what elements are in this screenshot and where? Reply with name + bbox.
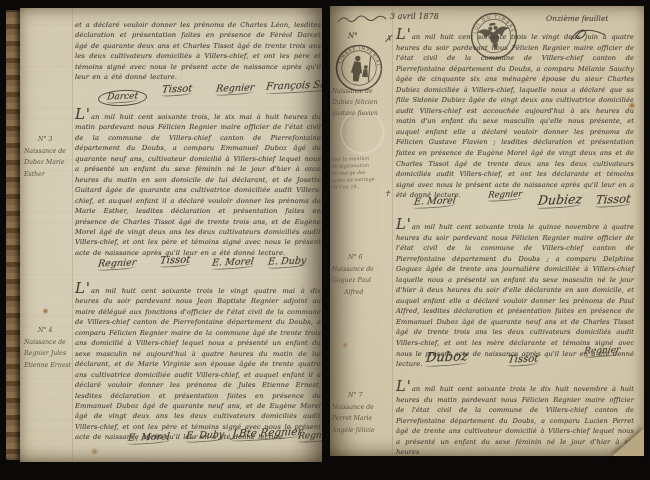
margin-note-birth-duboz: N° 3 Naissance de Duboz Marie Esther	[24, 134, 74, 180]
paper-stain	[628, 102, 636, 109]
signature: Tissot	[159, 254, 191, 267]
numero-annotation: N°	[348, 32, 358, 40]
signature: Regnier	[215, 82, 255, 95]
margin-note-line: Goguez Paul	[332, 275, 390, 287]
margin-note-legitimation: Voir la mention de légitimation en marge…	[331, 155, 390, 199]
handwritten-flourish	[336, 14, 388, 26]
signature: Tissot	[161, 83, 193, 96]
margin-note-line: gustave flavien	[332, 108, 390, 119]
act-text-birth-perret: L'an mil huit cent soixante trois le dix…	[396, 384, 634, 456]
margin-note-birth-goguez: N° 6 Naissance de Goguez Paul Alfred	[332, 252, 390, 298]
margin-note-line: Esther	[24, 169, 74, 181]
signature: E. Duby	[185, 429, 225, 442]
act-number: N° 6	[332, 252, 390, 264]
signature: François Songeon	[265, 78, 322, 93]
book-binding-edge	[6, 10, 21, 460]
signature: Regnier	[583, 345, 621, 357]
act-text-birth-duboz: L'an mil huit cent soixante trois, le si…	[75, 111, 321, 258]
signature: Dubiez	[537, 191, 583, 209]
act-number: N° 7	[332, 390, 390, 402]
signature: Tissot	[507, 353, 539, 366]
margin-note-line: Naissance de	[24, 146, 74, 158]
signature: E. Morel	[413, 195, 456, 209]
margin-rule	[72, 8, 73, 462]
signature: E. Morel	[211, 256, 254, 270]
left-page: et a déclaré vouloir donner les prénoms …	[20, 8, 322, 462]
margin-note-line: Naissance de	[332, 402, 390, 414]
paper-stain	[342, 342, 348, 348]
act-text-birth-dubiez: L'an mil huit cent soixante trois le vin…	[396, 32, 634, 201]
act-number: N° 4	[24, 325, 76, 337]
margin-rule	[392, 6, 393, 456]
margin-note-line: Dubiez félicien	[332, 97, 390, 108]
signature: Regnier	[297, 430, 322, 442]
scanned-register-page: et a déclaré vouloir donner les prénoms …	[0, 0, 650, 480]
margin-note-line: Regnier Jules	[24, 348, 76, 360]
paper-stain	[90, 448, 99, 455]
margin-note-birth-regnier: N° 4 Naissance de Regnier Jules Etienne …	[24, 325, 76, 371]
signature: Regnier	[487, 189, 523, 201]
cross-mark: ✗	[384, 34, 392, 45]
signature: J.Bte Regnier	[231, 426, 303, 442]
margin-note-line: Etienne Ernest	[24, 360, 76, 372]
margin-note-line: Alfred	[332, 287, 390, 299]
margin-note-line: Naissance de	[332, 264, 390, 276]
margin-note-birth-perret: N° 7 Naissance de Perret Marie Angèle fé…	[332, 390, 390, 436]
signature: Regnier	[97, 257, 137, 270]
margin-note-line: Angèle félicie	[332, 425, 390, 437]
margin-note-line: Naissance de	[24, 337, 76, 349]
margin-note-line: Perret Marie	[332, 413, 390, 425]
margin-note-line: Naissance de	[332, 86, 390, 97]
sheet-number-note: Onzième feuillet	[546, 14, 608, 23]
page-corner-fold	[612, 428, 644, 456]
act-number: N° 3	[24, 134, 74, 146]
act-text-birth-regnier: L'an mil huit cent soixante trois le vin…	[75, 285, 321, 443]
signature: E. Morel	[127, 431, 170, 445]
margin-note-line: Duboz Marie	[24, 157, 74, 169]
right-page: 3 avril 1878 N° ✗ Onzième feuillet LOI D…	[330, 6, 644, 456]
date-annotation: 3 avril 1878	[390, 12, 439, 21]
paper-stain	[42, 308, 49, 314]
act-text: et a déclaré vouloir donner les prénoms …	[75, 20, 321, 82]
signature: Darcet	[97, 89, 148, 107]
signature: E. Duby	[267, 255, 307, 268]
signature: Duboz	[425, 349, 469, 367]
margin-note-birth-dubiez: Naissance de Dubiez félicien gustave fla…	[332, 86, 390, 119]
signature: Tissot	[595, 191, 632, 207]
